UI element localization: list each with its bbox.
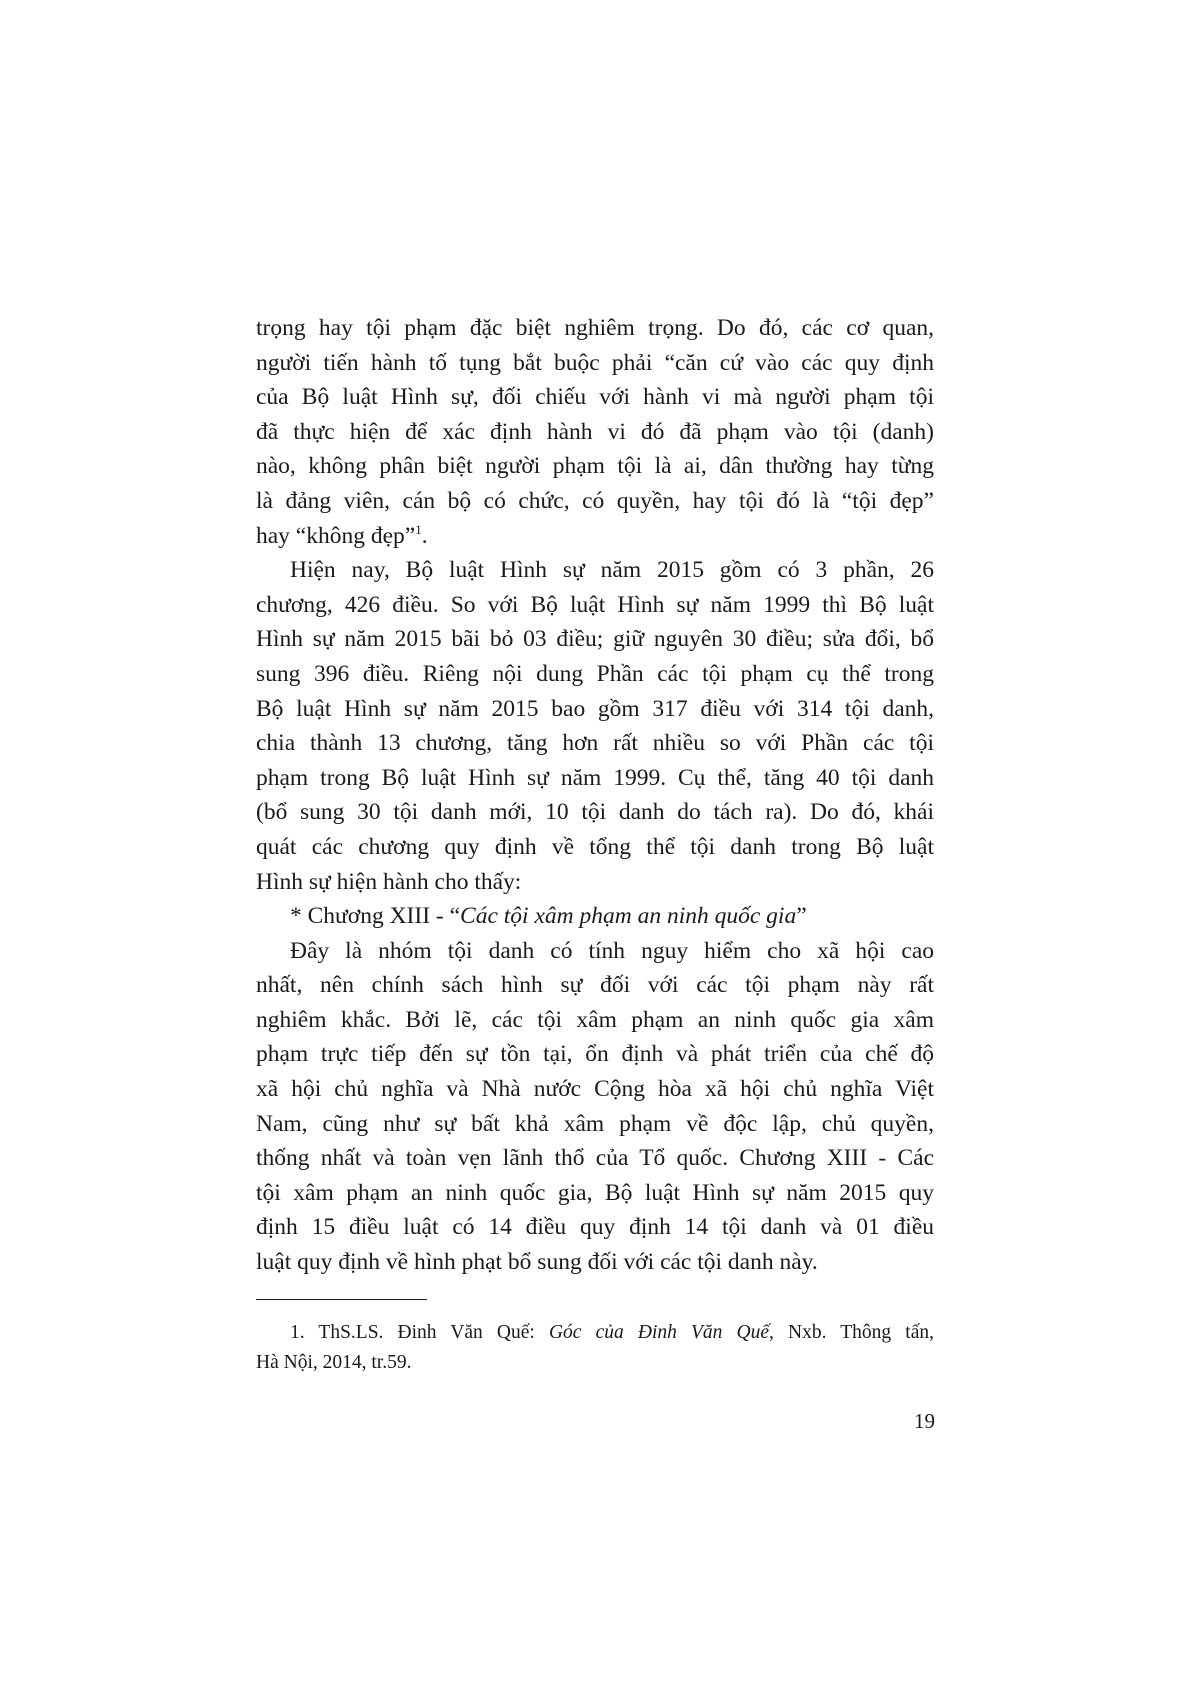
text-line: hay “không đẹp”1. [256,519,934,554]
chapter-heading-suffix: ” [796,903,806,929]
document-page: trọng hay tội phạm đặc biệt nghiêm trọng… [0,0,1190,1684]
text-line: xã hội chủ nghĩa và Nhà nước Cộng hòa xã… [256,1072,934,1107]
text-line: quát các chương quy định về tổng thể tội… [256,830,934,865]
footnote-publisher: , Nxb. Thông tấn, [769,1322,934,1343]
text-line: là đảng viên, cán bộ có chức, có quyền, … [256,484,934,519]
footnote-line-2: Hà Nội, 2014, tr.59. [256,1348,934,1378]
chapter-heading-line: * Chương XIII - “Các tội xâm phạm an nin… [256,899,934,934]
text-line: định 15 điều luật có 14 điều quy định 14… [256,1210,934,1245]
text-line: chia thành 13 chương, tăng hơn rất nhiều… [256,726,934,761]
text-line: (bổ sung 30 tội danh mới, 10 tội danh do… [256,795,934,830]
text-line: nghiêm khắc. Bởi lẽ, các tội xâm phạm an… [256,1003,934,1038]
chapter-heading-prefix: * Chương XIII - “ [290,903,460,929]
footnote-divider [256,1299,427,1300]
text-line: tội xâm phạm an ninh quốc gia, Bộ luật H… [256,1176,934,1211]
text-line: sung 396 điều. Riêng nội dung Phần các t… [256,657,934,692]
text-line: Hiện nay, Bộ luật Hình sự năm 2015 gồm c… [256,553,934,588]
text-line: Hình sự năm 2015 bãi bỏ 03 điều; giữ ngu… [256,622,934,657]
text-line: trọng hay tội phạm đặc biệt nghiêm trọng… [256,311,934,346]
text-line: nhất, nên chính sách hình sự đối với các… [256,968,934,1003]
text-line: đã thực hiện để xác định hành vi đó đã p… [256,415,934,450]
footnote-line-1: 1. ThS.LS. Đinh Văn Quế: Góc của Đinh Vă… [256,1318,934,1348]
paragraph-2: Hiện nay, Bộ luật Hình sự năm 2015 gồm c… [256,553,934,899]
footnote-title: Góc của Đinh Văn Quế [549,1322,769,1343]
text-line: phạm trực tiếp đến sự tồn tại, ổn định v… [256,1037,934,1072]
text-line: Nam, cũng như sự bất khả xâm phạm về độc… [256,1107,934,1142]
body-text: trọng hay tội phạm đặc biệt nghiêm trọng… [256,311,934,1280]
text-line: nào, không phân biệt người phạm tội là a… [256,449,934,484]
paragraph-1: trọng hay tội phạm đặc biệt nghiêm trọng… [256,311,934,553]
footnote: 1. ThS.LS. Đinh Văn Quế: Góc của Đinh Vă… [256,1318,934,1377]
page-number: 19 [880,1408,935,1434]
text-line: chương, 426 điều. So với Bộ luật Hình sự… [256,588,934,623]
text-line: Bộ luật Hình sự năm 2015 bao gồm 317 điề… [256,692,934,727]
text-line: Đây là nhóm tội danh có tính nguy hiểm c… [256,934,934,969]
text-line: người tiến hành tố tụng bắt buộc phải “c… [256,346,934,381]
text-line: thống nhất và toàn vẹn lãnh thổ của Tổ q… [256,1141,934,1176]
text-line: Hình sự hiện hành cho thấy: [256,865,934,900]
text-line-content: hay “không đẹp” [256,523,415,549]
text-line: của Bộ luật Hình sự, đối chiếu với hành … [256,380,934,415]
chapter-heading: * Chương XIII - “Các tội xâm phạm an nin… [256,899,934,934]
paragraph-3: Đây là nhóm tội danh có tính nguy hiểm c… [256,934,934,1280]
text-line: luật quy định về hình phạt bổ sung đối v… [256,1245,934,1280]
chapter-heading-title: Các tội xâm phạm an ninh quốc gia [460,903,796,929]
footnote-number: 1. [290,1322,305,1343]
end-punctuation: . [422,523,428,549]
text-line: phạm trong Bộ luật Hình sự năm 1999. Cụ … [256,761,934,796]
footnote-author: ThS.LS. Đinh Văn Quế: [318,1322,549,1343]
